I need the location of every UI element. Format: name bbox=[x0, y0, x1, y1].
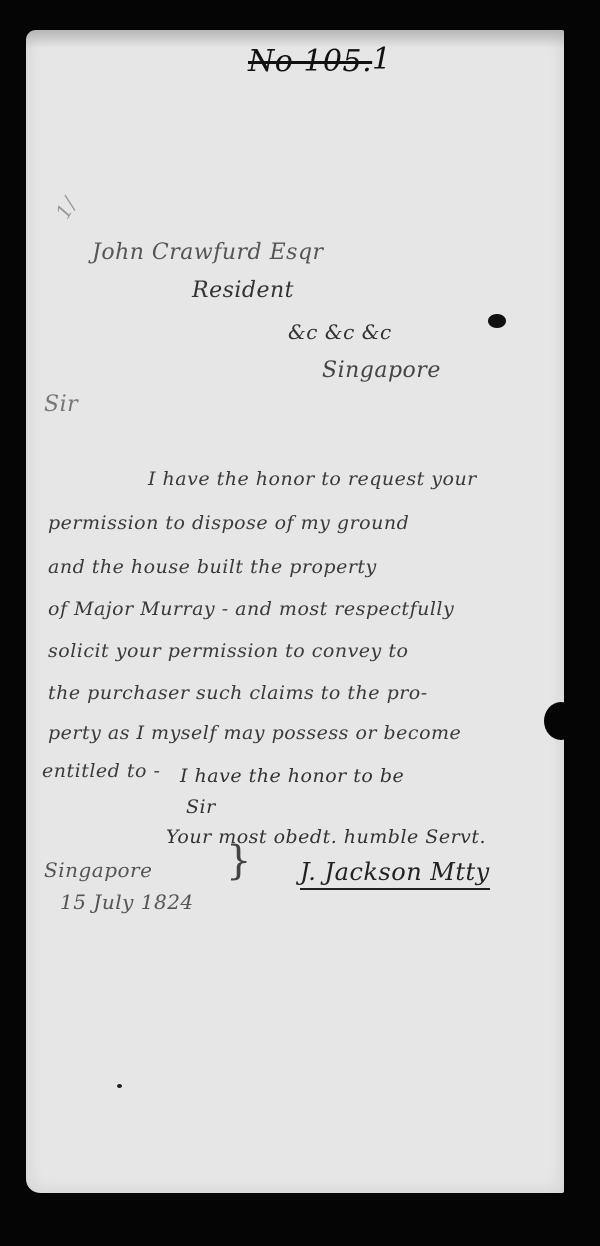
document-number-mark: 1 bbox=[372, 42, 392, 77]
closing-line-1: I have the honor to be bbox=[180, 765, 404, 787]
body-line: permission to dispose of my ground bbox=[48, 512, 409, 534]
addressee-qualifier: &c &c &c bbox=[288, 320, 392, 344]
body-line: entitled to - bbox=[42, 760, 160, 782]
ink-blot bbox=[488, 314, 506, 328]
body-line: of Major Murray - and most respectfully bbox=[48, 598, 454, 620]
body-line: and the house built the property bbox=[48, 556, 377, 578]
letter-date: 15 July 1824 bbox=[60, 890, 194, 914]
closing-line-2: Sir bbox=[186, 796, 216, 818]
page-notch bbox=[544, 702, 578, 740]
closing-line-3: Your most obedt. humble Servt. bbox=[166, 826, 486, 848]
body-line: solicit your permission to convey to bbox=[48, 640, 408, 662]
body-line: the purchaser such claims to the pro- bbox=[48, 682, 428, 704]
addressee-place: Singapore bbox=[322, 358, 441, 383]
brace-mark: } bbox=[226, 838, 252, 884]
addressee-name: John Crawfurd Esqr bbox=[92, 240, 324, 265]
body-line: I have the honor to request your bbox=[148, 468, 477, 490]
document-number: No 105. bbox=[248, 44, 372, 79]
signature: J. Jackson Mtty bbox=[300, 858, 490, 890]
salutation: Sir bbox=[44, 392, 78, 417]
letter-place: Singapore bbox=[44, 858, 152, 882]
body-line: perty as I myself may possess or become bbox=[48, 722, 461, 744]
addressee-title: Resident bbox=[192, 278, 294, 303]
ink-dot bbox=[117, 1084, 122, 1088]
